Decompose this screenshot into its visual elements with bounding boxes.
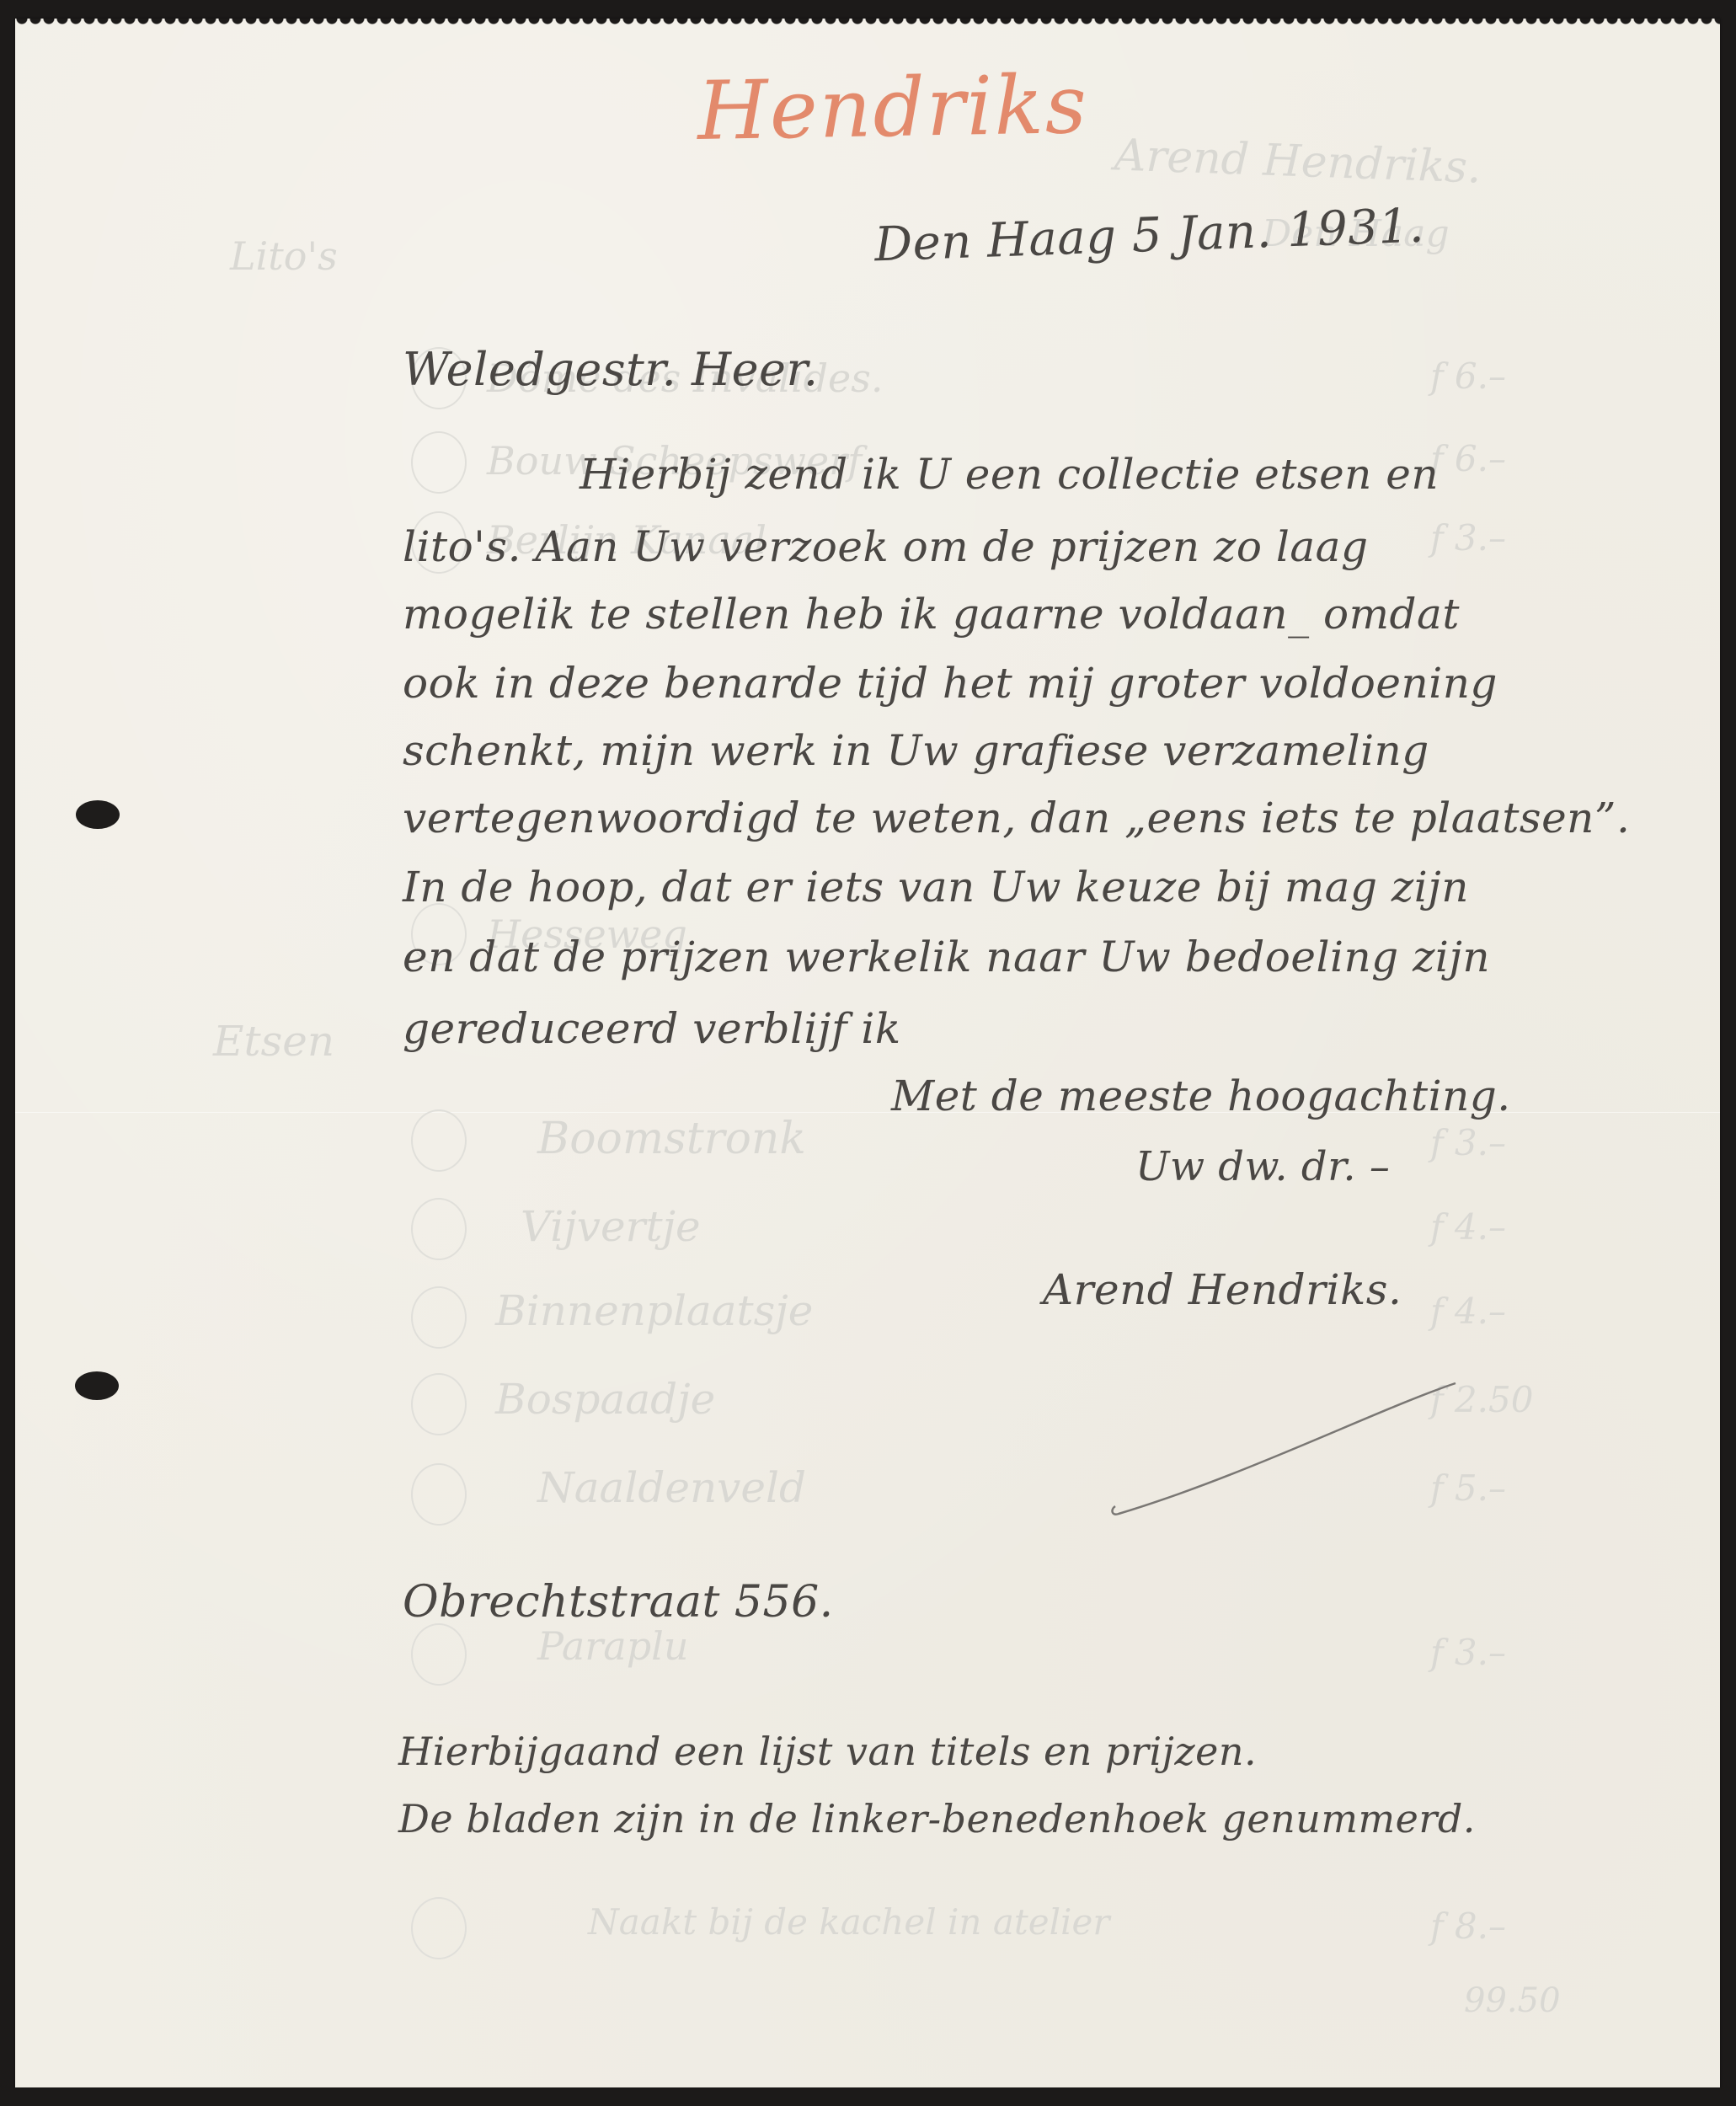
punch-hole-top (76, 800, 120, 829)
ghost-number-circle (411, 1109, 467, 1172)
ghost-total: 99.50 (1464, 1981, 1561, 2020)
ghost-item-price: f 3.– (1430, 1122, 1506, 1163)
ghost-number-circle (411, 1623, 467, 1686)
punch-hole-bottom (75, 1371, 119, 1400)
closing: Met de meeste hoogachting. (891, 1072, 1511, 1120)
body-line: ook in deze benarde tijd het mij groter … (403, 659, 1498, 708)
body-line: Hierbij zend ik U een collectie etsen en (580, 450, 1439, 499)
postscript-line: De bladen zijn in de linker-benedenhoek … (398, 1796, 1476, 1841)
ghost-number-circle (411, 1286, 467, 1349)
ghost-item-title: Naakt bij de kachel in atelier (588, 1901, 1109, 1943)
ghost-item-title: Vijvertje (521, 1202, 701, 1251)
ghost-item-price: f 6.– (1430, 355, 1506, 397)
ghost-header-name: Arend Hendriks. (1114, 130, 1482, 193)
ghost-item-title: Naaldenveld (537, 1463, 806, 1512)
ghost-item-price: f 3.– (1430, 517, 1506, 559)
scan-background: Arend Hendriks. Den Haag Lito's Etsen Dô… (0, 0, 1736, 2106)
closing-2: Uw dw. dr. – (1135, 1143, 1390, 1190)
postscript-line: Hierbijgaand een lijst van titels en pri… (398, 1729, 1257, 1774)
body-line: In de hoop, dat er iets van Uw keuze bij… (403, 863, 1469, 911)
signature: Arend Hendriks. (1043, 1265, 1402, 1314)
body-line: gereduceerd verblijf ik (403, 1004, 901, 1053)
pen-stroke-flourish (1093, 1375, 1464, 1526)
place-date: Den Haag 5 Jan. 1931. (873, 199, 1425, 273)
address: Obrechtstraat 556. (403, 1577, 834, 1628)
letter-page: Arend Hendriks. Den Haag Lito's Etsen Dô… (15, 19, 1720, 2087)
ghost-item-price: f 4.– (1430, 1206, 1506, 1248)
ghost-item-price: f 4.– (1430, 1291, 1506, 1332)
ghost-number-circle (411, 1198, 467, 1260)
ghost-item-price: f 3.– (1430, 1632, 1506, 1673)
ghost-number-circle (411, 1897, 467, 1959)
red-pencil-annotation: Hendriks (697, 57, 1089, 158)
salutation: Weledgestr. Heer. (403, 343, 819, 396)
ghost-number-circle (411, 1373, 467, 1435)
ghost-item-price: f 8.– (1430, 1906, 1506, 1947)
ghost-section-litos: Lito's (230, 233, 338, 279)
ghost-item-title: Boomstronk (537, 1114, 806, 1164)
ghost-section-etsen: Etsen (213, 1017, 334, 1066)
body-line: vertegenwoordigd te weten, dan „eens iet… (403, 794, 1630, 842)
body-line: en dat de prijzen werkelik naar Uw bedoe… (403, 933, 1490, 981)
ghost-item-title: Paraplu (537, 1623, 689, 1669)
ghost-item-title: Bospaadje (495, 1375, 715, 1424)
body-line: schenkt, mijn werk in Uw grafiese verzam… (403, 726, 1429, 775)
ghost-number-circle (411, 1463, 467, 1526)
body-line: mogelik te stellen heb ik gaarne voldaan… (403, 590, 1460, 639)
ghost-item-price: f 6.– (1430, 438, 1506, 479)
perforated-top-edge (15, 19, 1720, 27)
body-line: lito's. Aan Uw verzoek om de prijzen zo … (403, 522, 1368, 571)
ghost-number-circle (411, 431, 467, 494)
ghost-item-title: Binnenplaatsje (495, 1286, 813, 1335)
